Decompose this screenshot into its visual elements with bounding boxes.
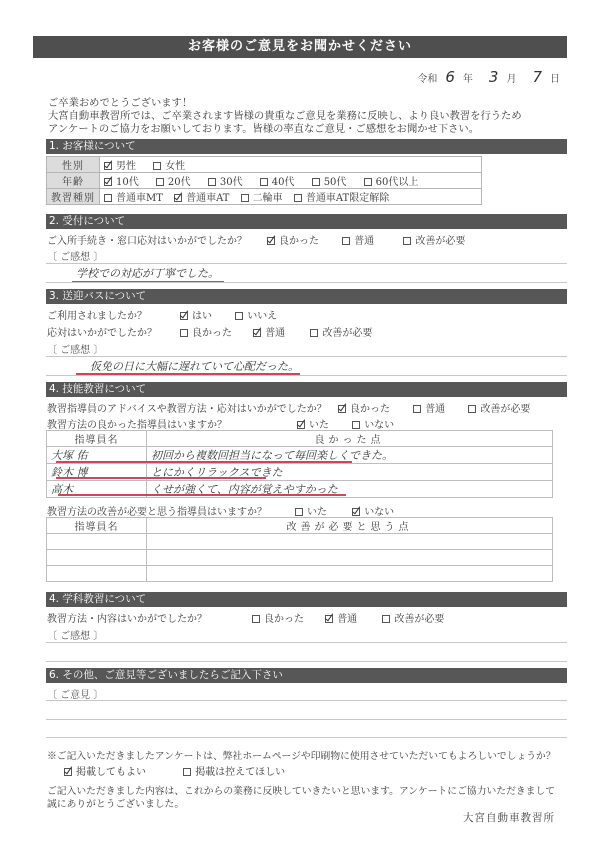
checkbox-icon[interactable] bbox=[352, 421, 360, 429]
age-label: 年齢 bbox=[47, 173, 100, 189]
date-month[interactable]: 3 bbox=[489, 68, 499, 86]
bus-used-options: はい いいえ bbox=[180, 307, 291, 322]
classroom-comment-label: 〔 ご感想 〕 bbox=[47, 627, 103, 642]
closing-line: ご記入いただきました内容は、これからの業務に反映していきたいと思います。アンケー… bbox=[47, 785, 555, 798]
improve-instructor-yes-option[interactable]: いた bbox=[295, 503, 327, 518]
highlight-underline bbox=[56, 477, 266, 479]
bus-service-options: 良かった 普通 改善が必要 bbox=[180, 324, 386, 339]
bus-service-improve-option[interactable]: 改善が必要 bbox=[310, 324, 372, 339]
checkbox-icon[interactable] bbox=[342, 237, 350, 245]
section-header-reception: 2. 受付について bbox=[46, 214, 567, 229]
instructor-advice-improve-option[interactable]: 改善が必要 bbox=[468, 400, 530, 415]
intro-line: ご卒業おめでとうございます！ bbox=[48, 97, 568, 110]
section-header-classroom-lessons: 4. 学科教習について bbox=[46, 592, 567, 607]
checkbox-icon[interactable] bbox=[208, 178, 216, 186]
course-at-limit-removal-option[interactable]: 普通車AT限定解除 bbox=[294, 189, 389, 204]
checkbox-icon[interactable] bbox=[235, 312, 243, 320]
course-type-options: 普通車MT 普通車AT 二輪車 普通車AT限定解除 bbox=[100, 189, 482, 205]
consent-question: ※ご記入いただきましたアンケートは、弊社ホームページや印刷物に使用させていただい… bbox=[47, 748, 556, 762]
checkbox-checked-icon[interactable] bbox=[267, 237, 275, 245]
closing-text: ご記入いただきました内容は、これからの業務に反映していきたいと思います。アンケー… bbox=[47, 785, 555, 811]
checkbox-checked-icon[interactable] bbox=[338, 405, 346, 413]
section-header-customer: 1. お客様について bbox=[46, 139, 567, 154]
checkbox-icon[interactable] bbox=[104, 194, 112, 202]
checkbox-icon[interactable] bbox=[468, 405, 476, 413]
section-header-other-comments: 6. その他、ご意見等ございましたらご記入下さい bbox=[46, 668, 567, 683]
checkbox-icon[interactable] bbox=[364, 178, 372, 186]
table-row bbox=[47, 566, 553, 582]
instructor-advice-normal-option[interactable]: 普通 bbox=[413, 400, 445, 415]
bus-service-good-option[interactable]: 良かった bbox=[180, 324, 232, 339]
improve-instructor-question: 教習方法の改善が必要と思う指導員はいますか？ bbox=[47, 503, 267, 518]
reception-comment[interactable]: 学校での対応が丁寧でした。 bbox=[76, 265, 219, 281]
checkbox-icon[interactable] bbox=[413, 405, 421, 413]
table-header-row: 指導員名 良かった点 bbox=[47, 431, 553, 447]
checkbox-checked-icon[interactable] bbox=[104, 178, 112, 186]
date-field: 令和 6 年 3 月 7 日 bbox=[417, 68, 560, 86]
course-type-row: 教習種別 普通車MT 普通車AT 二輪車 普通車AT限定解除 bbox=[47, 189, 482, 205]
classroom-normal-option[interactable]: 普通 bbox=[325, 610, 357, 625]
consent-options: 掲載してもよい 掲載は控えてほしい bbox=[64, 763, 299, 778]
age-row: 年齢 10代 20代 30代 40代 50代 60代以上 bbox=[47, 173, 482, 189]
date-day[interactable]: 7 bbox=[532, 68, 542, 86]
checkbox-icon[interactable] bbox=[403, 237, 411, 245]
improve-points-cell[interactable] bbox=[147, 534, 553, 550]
date-year-unit: 年 bbox=[463, 70, 473, 85]
classroom-good-option[interactable]: 良かった bbox=[252, 610, 304, 625]
date-year[interactable]: 6 bbox=[445, 68, 455, 86]
checkbox-checked-icon[interactable] bbox=[352, 508, 360, 516]
intro-text: ご卒業おめでとうございます！ 大宮自動車教習所では、ご卒業されます皆様の貴重なご… bbox=[48, 97, 568, 136]
good-instructor-options: いた いない bbox=[297, 416, 408, 431]
age-50s-option[interactable]: 50代 bbox=[312, 173, 347, 188]
table-row bbox=[47, 534, 553, 550]
course-mt-option[interactable]: 普通車MT bbox=[104, 189, 163, 204]
checkbox-checked-icon[interactable] bbox=[174, 194, 182, 202]
good-instructor-table: 指導員名 良かった点 大塚 佑 初回から複数回担当になって毎回楽しくできた。 鈴… bbox=[46, 430, 553, 498]
instructor-name-cell[interactable] bbox=[47, 566, 147, 582]
consent-decline-option[interactable]: 掲載は控えてほしい bbox=[183, 763, 285, 778]
bus-comment[interactable]: 仮免の日に大幅に遅れていて心配だった。 bbox=[90, 358, 299, 374]
good-instructor-no-option[interactable]: いない bbox=[352, 416, 394, 431]
table-header-row: 指導員名 改善が必要と思う点 bbox=[47, 518, 553, 534]
gender-options: 男性 女性 bbox=[100, 157, 482, 173]
classroom-question: 教習方法・内容はいかがでしたか？ bbox=[47, 610, 207, 625]
good-instructor-yes-option[interactable]: いた bbox=[297, 416, 329, 431]
comment-line bbox=[46, 356, 567, 357]
improve-instructor-table: 指導員名 改善が必要と思う点 bbox=[46, 517, 553, 582]
bus-service-question: 応対はいかがでしたか？ bbox=[47, 324, 157, 339]
improve-points-cell[interactable] bbox=[147, 566, 553, 582]
improve-instructor-options: いた いない bbox=[295, 503, 408, 518]
classroom-improve-option[interactable]: 改善が必要 bbox=[382, 610, 444, 625]
gender-label: 性別 bbox=[47, 157, 100, 173]
age-60s-plus-option[interactable]: 60代以上 bbox=[364, 173, 419, 188]
checkbox-checked-icon[interactable] bbox=[104, 162, 112, 170]
table-row bbox=[47, 550, 553, 566]
checkbox-checked-icon[interactable] bbox=[64, 768, 72, 776]
comment-line bbox=[46, 661, 567, 662]
age-options: 10代 20代 30代 40代 50代 60代以上 bbox=[100, 173, 482, 189]
age-30s-option[interactable]: 30代 bbox=[208, 173, 243, 188]
intro-line: アンケートのご協力をお願いしております。皆様の率直なご意見・ご感想をお聞かせ下さ… bbox=[48, 123, 568, 136]
improve-points-header: 改善が必要と思う点 bbox=[147, 518, 553, 534]
organization-name: 大宮自動車教習所 bbox=[463, 810, 555, 825]
checkbox-icon[interactable] bbox=[180, 329, 188, 337]
improve-instructor-no-option[interactable]: いない bbox=[352, 503, 394, 518]
checkbox-checked-icon[interactable] bbox=[325, 615, 333, 623]
gender-male-option[interactable]: 男性 bbox=[104, 157, 136, 172]
section-header-driving-lessons: 4. 技能教習について bbox=[46, 382, 567, 397]
instructor-name-cell[interactable] bbox=[47, 550, 147, 566]
course-at-option[interactable]: 普通車AT bbox=[174, 189, 229, 204]
age-10s-option[interactable]: 10代 bbox=[104, 173, 139, 188]
reception-improve-option[interactable]: 改善が必要 bbox=[403, 232, 465, 247]
consent-allow-option[interactable]: 掲載してもよい bbox=[64, 763, 146, 778]
classroom-options: 良かった 普通 改善が必要 bbox=[252, 610, 458, 625]
checkbox-icon[interactable] bbox=[241, 194, 249, 202]
course-motorcycle-option[interactable]: 二輪車 bbox=[241, 189, 283, 204]
comment-line bbox=[46, 700, 567, 701]
bus-used-question: ご利用されましたか？ bbox=[47, 307, 147, 322]
highlight-underline bbox=[56, 461, 352, 463]
bus-service-normal-option[interactable]: 普通 bbox=[253, 324, 285, 339]
instructor-name-header: 指導員名 bbox=[47, 431, 147, 447]
checkbox-icon[interactable] bbox=[382, 615, 390, 623]
comment-line bbox=[46, 282, 567, 283]
section-header-shuttle-bus: 3. 送迎バスについて bbox=[46, 289, 567, 304]
instructor-advice-options: 良かった 普通 改善が必要 bbox=[338, 400, 544, 415]
checkbox-icon[interactable] bbox=[183, 768, 191, 776]
good-points-header: 良かった点 bbox=[147, 431, 553, 447]
checkbox-icon[interactable] bbox=[295, 508, 303, 516]
comment-line bbox=[46, 375, 567, 376]
checkbox-checked-icon[interactable] bbox=[297, 421, 305, 429]
date-day-unit: 日 bbox=[550, 70, 560, 85]
other-comment-label: 〔 ご意見 〕 bbox=[47, 686, 103, 701]
bus-comment-label: 〔 ご感想 〕 bbox=[47, 341, 103, 356]
comment-line bbox=[46, 642, 567, 643]
reception-options: 良かった 普通 改善が必要 bbox=[267, 232, 479, 247]
instructor-advice-question: 教習指導員のアドバイスや教習方法・応対はいかがでしたか？ bbox=[47, 400, 327, 415]
page-title: お客様のご意見をお聞かせください bbox=[33, 36, 567, 58]
reception-normal-option[interactable]: 普通 bbox=[342, 232, 374, 247]
reception-question: ご入所手続き・窓口応対はいかがでしたか？ bbox=[47, 232, 247, 247]
customer-info-table: 性別 男性 女性 年齢 10代 20代 30代 40代 50代 60代以上 教習… bbox=[46, 156, 482, 205]
checkbox-icon[interactable] bbox=[310, 329, 318, 337]
comment-line bbox=[46, 263, 567, 264]
gender-female-option[interactable]: 女性 bbox=[153, 157, 185, 172]
highlight-underline bbox=[58, 494, 346, 496]
checkbox-checked-icon[interactable] bbox=[180, 312, 188, 320]
improve-points-cell[interactable] bbox=[147, 550, 553, 566]
checkbox-icon[interactable] bbox=[153, 162, 161, 170]
comment-line bbox=[46, 719, 567, 720]
age-40s-option[interactable]: 40代 bbox=[260, 173, 295, 188]
comment-line bbox=[46, 737, 567, 738]
gender-row: 性別 男性 女性 bbox=[47, 157, 482, 173]
instructor-name-header: 指導員名 bbox=[47, 518, 147, 534]
date-era: 令和 bbox=[417, 70, 437, 85]
intro-line: 大宮自動車教習所では、ご卒業されます皆様の貴重なご意見を業務に反映し、より良い教… bbox=[48, 110, 568, 123]
bus-used-yes-option[interactable]: はい bbox=[180, 307, 212, 322]
checkbox-icon[interactable] bbox=[252, 615, 260, 623]
reception-good-option[interactable]: 良かった bbox=[267, 232, 319, 247]
bus-used-no-option[interactable]: いいえ bbox=[235, 307, 277, 322]
good-instructor-question: 教習方法の良かった指導員はいますか？ bbox=[47, 416, 227, 431]
checkbox-icon[interactable] bbox=[260, 178, 268, 186]
instructor-advice-good-option[interactable]: 良かった bbox=[338, 400, 390, 415]
course-type-label: 教習種別 bbox=[47, 189, 100, 205]
checkbox-checked-icon[interactable] bbox=[253, 329, 261, 337]
checkbox-icon[interactable] bbox=[312, 178, 320, 186]
age-20s-option[interactable]: 20代 bbox=[156, 173, 191, 188]
date-month-unit: 月 bbox=[506, 70, 516, 85]
checkbox-icon[interactable] bbox=[156, 178, 164, 186]
reception-comment-label: 〔 ご感想 〕 bbox=[47, 248, 103, 263]
instructor-name-cell[interactable] bbox=[47, 534, 147, 550]
checkbox-icon[interactable] bbox=[294, 194, 302, 202]
